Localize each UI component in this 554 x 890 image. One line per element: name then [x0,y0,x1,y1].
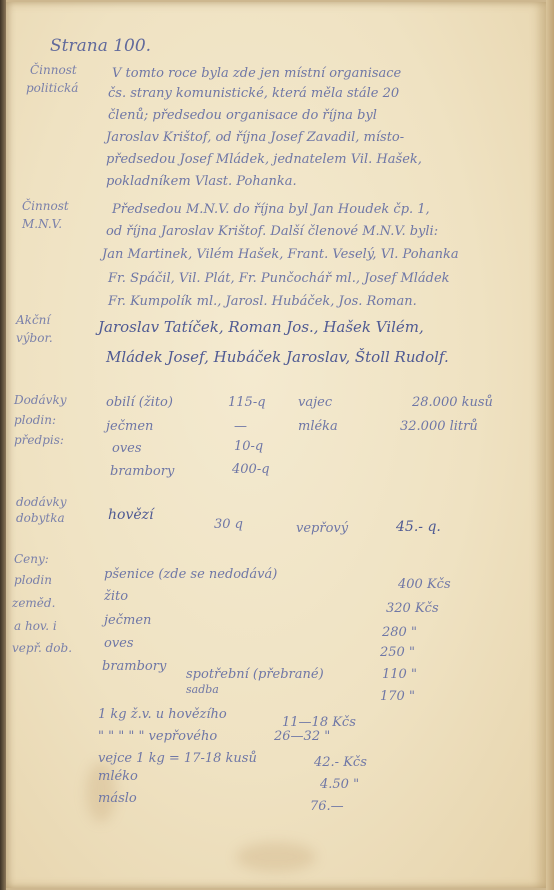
livestock-item2: vepřový [296,522,348,535]
politics-line: předsedou Josef Mládek, jednatelem Vil. … [106,153,422,166]
crop-item: brambory [110,465,174,478]
price-sub: sadba [186,684,219,695]
committee-line: Jaroslav Tatíček, Roman Jos., Hašek Vilé… [98,320,424,335]
committee-label-2: výbor. [16,332,53,344]
livestock-label-1: dodávky [16,496,67,508]
price-item: pšenice (zde se nedodává) [104,568,277,581]
price-value: 320 Kčs [386,602,439,615]
committee-label-1: Akční [16,314,50,326]
politics-line: Jaroslav Krištof, od října Josef Zavadil… [106,131,404,144]
price-item: brambory [102,660,166,673]
price-extra-item: vejce 1 kg = 17-18 kusů [98,752,257,765]
politics-label-1: Činnost [30,64,77,76]
price-sub: spotřební (přebrané) [186,668,324,681]
crop-label-2: plodin: [14,414,56,426]
livestock-amount2: 45.- q. [396,520,441,534]
mnv-line: Předsedou M.N.V. do října byl Jan Houdek… [112,203,430,216]
paper-stain [236,842,316,872]
crop-item: ječmen [106,420,153,433]
price-extra-value: 42.- Kčs [314,756,367,769]
politics-label-2: politická [26,82,78,94]
politics-line: pokladníkem Vlast. Pohanka. [106,175,297,188]
livestock-item: hovězí [108,508,154,522]
price-value: 280 " [382,626,417,639]
committee-line: Mládek Josef, Hubáček Jaroslav, Štoll Ru… [106,350,449,365]
price-extra-item: máslo [98,792,137,805]
mnv-line: Fr. Spáčil, Vil. Plát, Fr. Punčochář ml.… [108,272,450,285]
price-item: oves [104,637,134,650]
price-extra-item: mléko [98,770,138,783]
page-edge [546,0,554,890]
price-extra-value: 11—18 Kčs [282,716,356,729]
prices-label-2: plodin [14,574,52,586]
mnv-line: Jan Martinek, Vilém Hašek, Frant. Veselý… [102,248,459,261]
page-title: Strana 100. [50,38,151,55]
price-extra-value: 76.— [310,800,344,813]
mnv-line: Fr. Kumpolík ml., Jarosl. Hubáček, Jos. … [108,295,417,308]
prices-label-4: a hov. i [14,620,57,632]
crop-label-1: Dodávky [14,394,67,406]
prices-label-3: zeměd. [12,597,55,609]
prices-label-1: Ceny: [14,553,49,565]
price-extra-value: 4.50 " [320,778,359,791]
price-item: žito [104,590,128,603]
politics-line: čs. strany komunistické, která měla stál… [108,87,399,100]
crop-item: obilí (žito) [106,396,173,409]
crop-amount2: 28.000 kusů [412,396,493,409]
crop-amount: 400-q [232,463,270,476]
crop-label-3: předpis: [14,434,64,446]
crop-amount: 10-q [234,440,263,453]
crop-item2: mléka [298,420,338,433]
livestock-amount: 30 q [214,518,243,531]
mnv-line: od října Jaroslav Krištof. Další členové… [106,225,438,238]
price-value: 400 Kčs [398,578,451,591]
crop-item: oves [112,442,142,455]
price-value: 110 " [382,668,417,681]
mnv-label-2: M.N.V. [22,218,62,230]
prices-label-5: vepř. dob. [12,642,72,654]
politics-line: členů; předsedou organisace do října byl [108,109,377,122]
crop-item2: vajec [298,396,332,409]
crop-amount: — [234,420,247,433]
livestock-label-2: dobytka [16,512,65,524]
price-extra-item: 1 kg ž.v. u hovězího [98,708,227,721]
price-value: 170 " [380,690,415,703]
politics-line: V tomto roce byla zde jen místní organis… [112,67,401,80]
crop-amount: 115-q [228,396,266,409]
price-value: 250 " [380,646,415,659]
price-extra-item: " " " " " vepřového [98,730,217,743]
price-extra-value: 26—32 " [274,730,330,743]
mnv-label-1: Činnost [22,200,69,212]
crop-amount2: 32.000 litrů [400,420,478,433]
price-item: ječmen [104,614,151,627]
